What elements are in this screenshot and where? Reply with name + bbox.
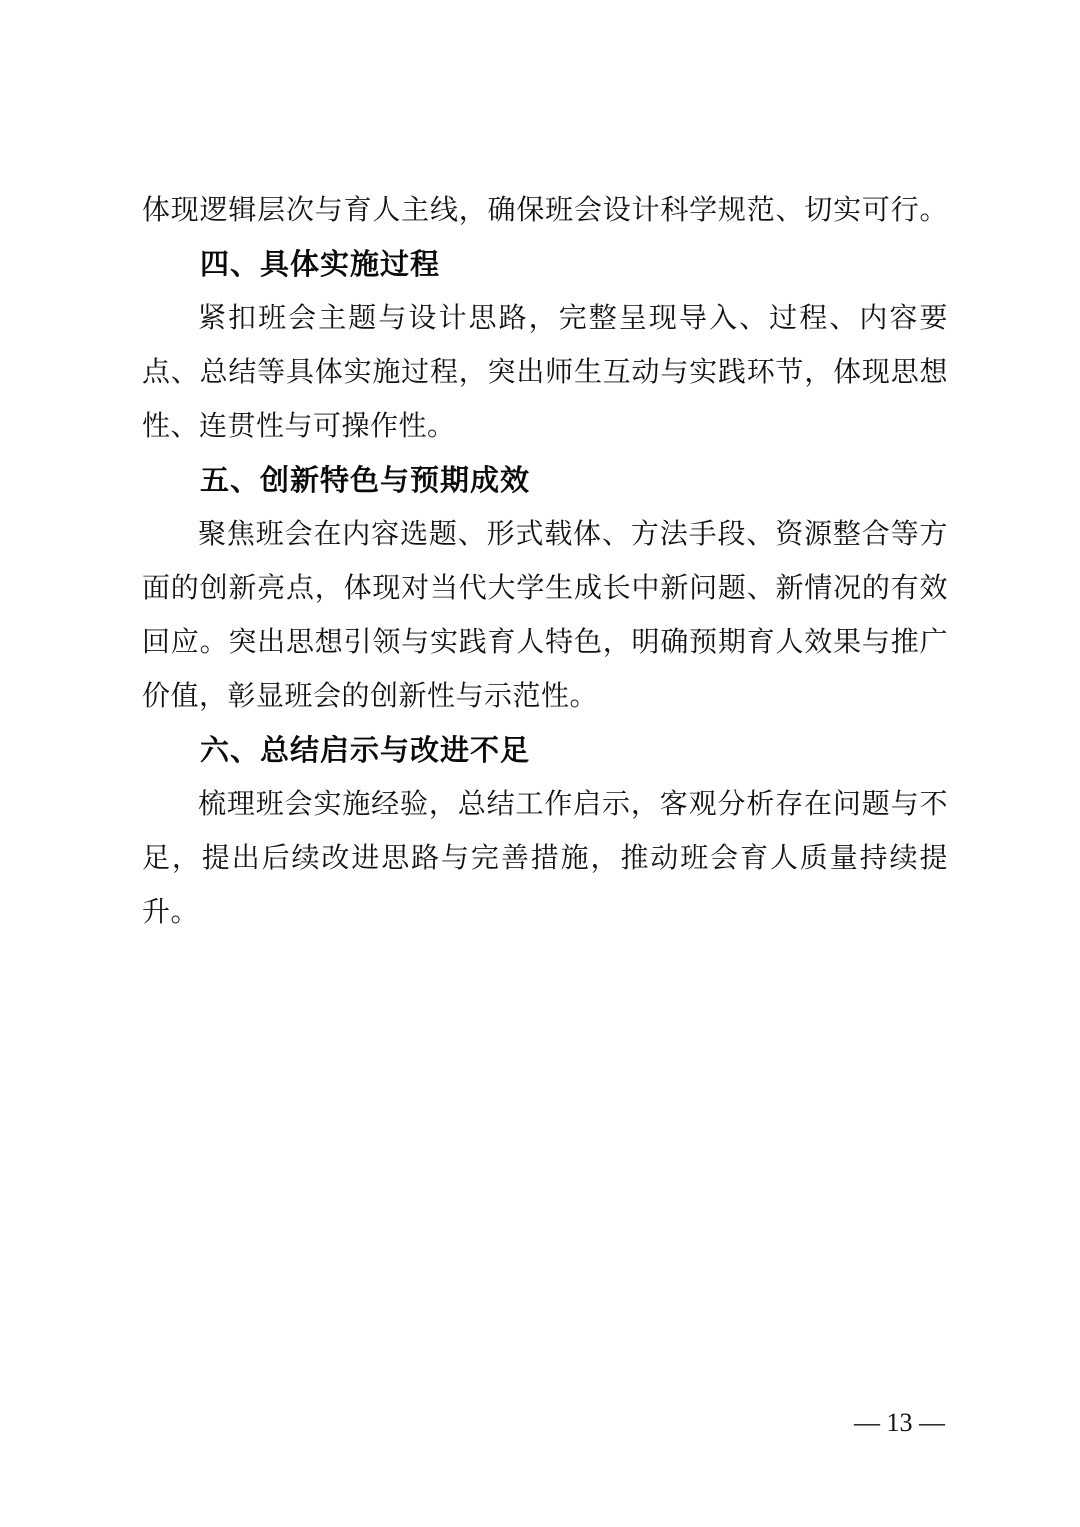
section-heading-4: 四、具体实施过程 (142, 238, 948, 292)
section-heading-6: 六、总结启示与改进不足 (142, 724, 948, 778)
paragraph-section-6: 梳理班会实施经验，总结工作启示，客观分析存在问题与不足，提出后续改进思路与完善措… (142, 778, 948, 940)
paragraph-continuation: 体现逻辑层次与育人主线，确保班会设计科学规范、切实可行。 (142, 184, 948, 238)
document-page: 体现逻辑层次与育人主线，确保班会设计科学规范、切实可行。 四、具体实施过程 紧扣… (0, 0, 1080, 1527)
page-number: — 13 — (854, 1408, 945, 1437)
section-heading-5: 五、创新特色与预期成效 (142, 454, 948, 508)
paragraph-section-4: 紧扣班会主题与设计思路，完整呈现导入、过程、内容要点、总结等具体实施过程，突出师… (142, 292, 948, 454)
document-content: 体现逻辑层次与育人主线，确保班会设计科学规范、切实可行。 四、具体实施过程 紧扣… (142, 184, 948, 940)
paragraph-section-5: 聚焦班会在内容选题、形式载体、方法手段、资源整合等方面的创新亮点，体现对当代大学… (142, 508, 948, 724)
page-footer: — 13 — (828, 1378, 945, 1468)
